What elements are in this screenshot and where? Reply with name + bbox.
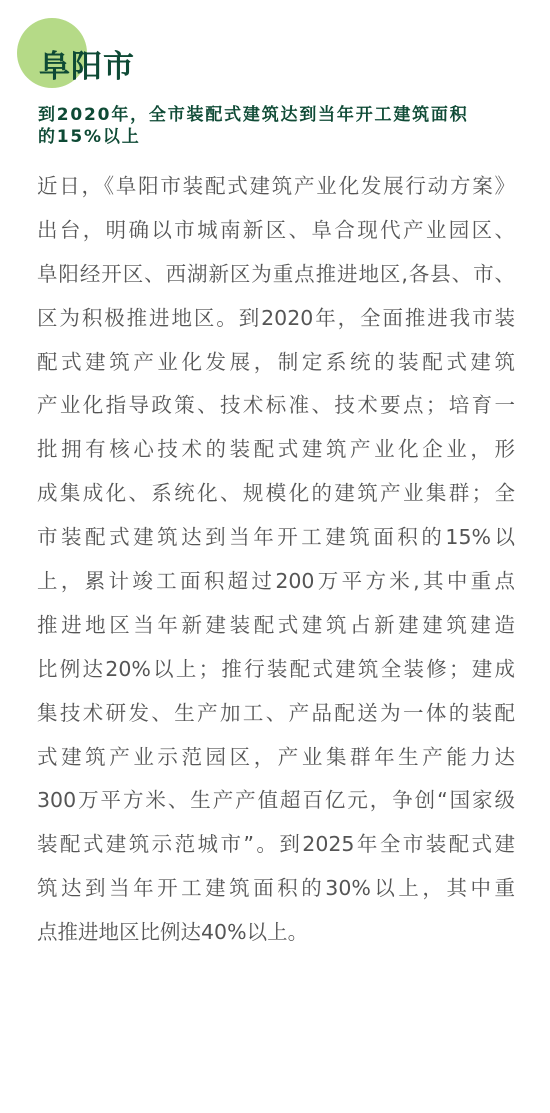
body-line: 式建筑产业示范园区，产业集群年生产能力达 <box>37 736 515 780</box>
body-line: 区为积极推进地区。到2020年，全面推进我市装 <box>37 297 515 341</box>
body-line: 近日，《阜阳市装配式建筑产业化发展行动方案》 <box>37 165 515 209</box>
body-line: 市装配式建筑达到当年开工建筑面积的15%以 <box>37 516 515 560</box>
body-line: 筑达到当年开工建筑面积的30%以上，其中重 <box>37 867 515 911</box>
body-line: 阜阳经开区、西湖新区为重点推进地区,各县、市、 <box>37 253 515 297</box>
body-line: 成集成化、系统化、规模化的建筑产业集群；全 <box>37 472 515 516</box>
body-line: 出台，明确以市城南新区、阜合现代产业园区、 <box>37 209 515 253</box>
subtitle: 到2020年，全市装配式建筑达到当年开工建筑面积 的15%以上 <box>38 104 518 148</box>
body-line: 比例达20%以上；推行装配式建筑全装修；建成 <box>37 648 515 692</box>
body-line: 装配式建筑示范城市”。到2025年全市装配式建 <box>37 823 515 867</box>
body-line: 批拥有核心技术的装配式建筑产业化企业，形 <box>37 428 515 472</box>
body-line: 产业化指导政策、技术标准、技术要点；培育一 <box>37 384 515 428</box>
body-line: 推进地区当年新建装配式建筑占新建建筑建造 <box>37 604 515 648</box>
body-line: 300万平方米、生产产值超百亿元，争创“国家级 <box>37 779 515 823</box>
subtitle-line: 的15%以上 <box>38 126 518 148</box>
city-title: 阜阳市 <box>39 46 135 88</box>
body-line: 配式建筑产业化发展，制定系统的装配式建筑 <box>37 341 515 385</box>
body-line: 点推进地区比例达40%以上。 <box>37 911 515 955</box>
body-line: 集技术研发、生产加工、产品配送为一体的装配 <box>37 692 515 736</box>
subtitle-line: 到2020年，全市装配式建筑达到当年开工建筑面积 <box>38 104 518 126</box>
article-body: 近日，《阜阳市装配式建筑产业化发展行动方案》 出台，明确以市城南新区、阜合现代产… <box>37 165 515 955</box>
body-line: 上，累计竣工面积超过200万平方米,其中重点 <box>37 560 515 604</box>
